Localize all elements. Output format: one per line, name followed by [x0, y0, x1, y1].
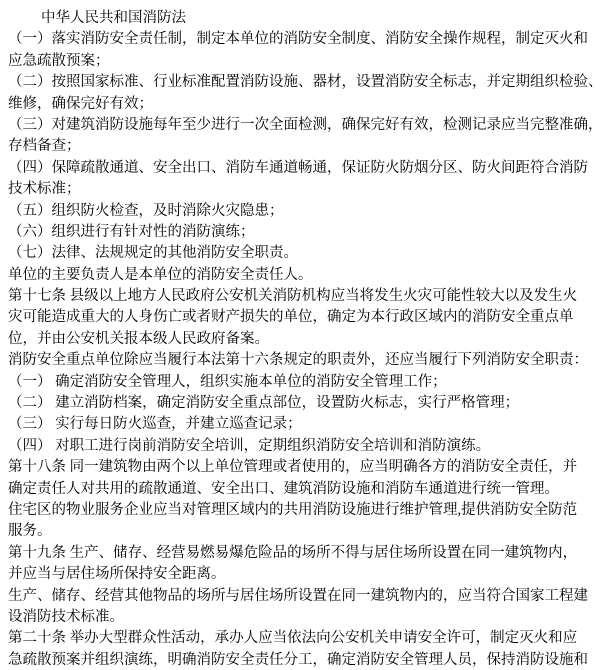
- text-line: 位，并由公安机关报本级人民政府备案。: [8, 329, 598, 350]
- text-line: 存档备查；: [8, 136, 598, 157]
- text-line: 确定责任人对共用的疏散通道、安全出口、建筑消防设施和消防车通道进行统一管理。: [8, 479, 598, 500]
- law-text-document: 中华人民共和国消防法（一）落实消防安全责任制，制定本单位的消防安全制度、消防安全…: [0, 0, 606, 670]
- text-line: （六）组织进行有针对性的消防演练；: [8, 222, 598, 243]
- document-title: 中华人民共和国消防法: [8, 8, 598, 29]
- text-line: （二） 建立消防档案，确定消防安全重点部位，设置防火标志，实行严格管理；: [8, 393, 598, 414]
- text-line: 生产、储存、经营其他物品的场所与居住场所设置在同一建筑物内的，应当符合国家工程建: [8, 586, 598, 607]
- text-line: 第十九条 生产、储存、经营易燃易爆危险品的场所不得与居住场所设置在同一建筑物内，: [8, 543, 598, 564]
- text-line: 第十七条 县级以上地方人民政府公安机关消防机构应当将发生火灾可能性较大以及发生火: [8, 286, 598, 307]
- text-line: 维修，确保完好有效；: [8, 94, 598, 115]
- text-line: 住宅区的物业服务企业应当对管理区域内的共用消防设施进行维护管理,提供消防安全防范: [8, 500, 598, 521]
- text-line: （五）组织防火检查，及时消除火灾隐患；: [8, 201, 598, 222]
- text-line: 单位的主要负责人是本单位的消防安全责任人。: [8, 265, 598, 286]
- text-line: 并应当与居住场所保持安全距离。: [8, 564, 598, 585]
- text-line: （一）落实消防安全责任制，制定本单位的消防安全制度、消防安全操作规程，制定灭火和: [8, 29, 598, 50]
- text-line: （三）对建筑消防设施每年至少进行一次全面检测，确保完好有效，检测记录应当完整准确…: [8, 115, 598, 136]
- text-line: 服务。: [8, 521, 598, 542]
- text-line: 技术标准；: [8, 179, 598, 200]
- text-line: 第十八条 同一建筑物由两个以上单位管理或者使用的，应当明确各方的消防安全责任，并: [8, 457, 598, 478]
- text-line: 应急疏散预案；: [8, 51, 598, 72]
- text-line: 灾可能造成重大的人身伤亡或者财产损失的单位，确定为本行政区域内的消防安全重点单: [8, 307, 598, 328]
- text-line: （二）按照国家标准、行业标准配置消防设施、器材，设置消防安全标志，并定期组织检验…: [8, 72, 598, 93]
- text-line: （七）法律、法规规定的其他消防安全职责。: [8, 243, 598, 264]
- text-line: 急疏散预案并组织演练，明确消防安全责任分工，确定消防安全管理人员，保持消防设施和: [8, 650, 598, 670]
- text-line: （四） 对职工进行岗前消防安全培训，定期组织消防安全培训和消防演练。: [8, 436, 598, 457]
- text-line: 设消防技术标准。: [8, 607, 598, 628]
- text-line: （一） 确定消防安全管理人，组织实施本单位的消防安全管理工作；: [8, 372, 598, 393]
- text-line: 消防安全重点单位除应当履行本法第十六条规定的职责外，还应当履行下列消防安全职责：: [8, 350, 598, 371]
- text-line: 第二十条 举办大型群众性活动，承办人应当依法向公安机关申请安全许可，制定灭火和应: [8, 628, 598, 649]
- text-line: （四）保障疏散通道、安全出口、消防车通道畅通，保证防火防烟分区、防火间距符合消防: [8, 158, 598, 179]
- text-line: （三） 实行每日防火巡查，并建立巡查记录；: [8, 414, 598, 435]
